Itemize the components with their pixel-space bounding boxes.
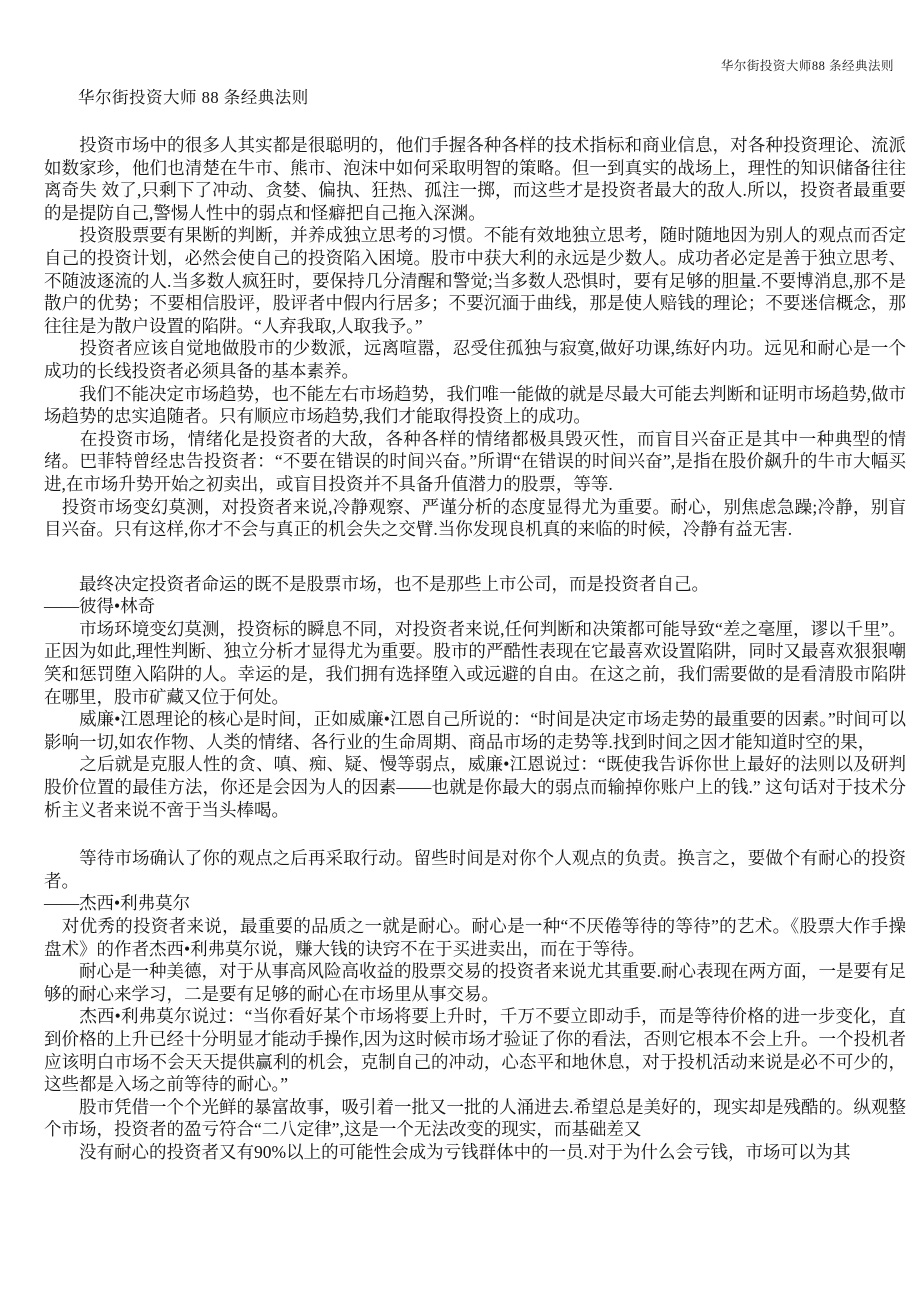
paragraph: 我们不能决定市场趋势，也不能左右市场趋势，我们唯一能做的就是尽最大可能去判断和证… [44, 383, 906, 428]
quote-paragraph: 等待市场确认了你的观点之后再采取行动。留些时间是对你个人观点的负责。换言之，要做… [44, 847, 906, 892]
paragraph: 没有耐心的投资者又有90%以上的可能性会成为亏钱群体中的一员.对于为什么会亏钱，… [44, 1141, 906, 1164]
document-body: 投资市场中的很多人其实都是很聪明的，他们手握各种各样的技术指标和商业信息，对各种… [44, 134, 906, 1164]
paragraph: 市场环境变幻莫测，投资标的瞬息不同，对投资者来说,任何判断和决策都可能导致“差之… [44, 618, 906, 708]
paragraph: 在投资市场，情绪化是投资者的大敌，各种各样的情绪都极具毁灭性，而盲目兴奋正是其中… [44, 428, 906, 496]
paragraph: 杰西•利弗莫尔说过：“当你看好某个市场将要上升时，千万不要立即动手，而是等待价格… [44, 1005, 906, 1095]
paragraph: 投资股票要有果断的判断，并养成独立思考的习惯。不能有效地独立思考，随时随地因为别… [44, 224, 906, 337]
document-page: 华尔街投资大师88 条经典法则 华尔街投资大师 88 条经典法则 投资市场中的很… [0, 0, 920, 1302]
paragraph: 投资者应该自觉地做股市的少数派，远离喧嚣，忍受住孤独与寂寞,做好功课,练好内功。… [44, 337, 906, 382]
author-attribution: ——彼得•林奇 [44, 595, 906, 618]
author-attribution: ——杰西•利弗莫尔 [44, 892, 906, 915]
paragraph: 投资市场变幻莫测，对投资者来说,冷静观察、严谨分析的态度显得尤为重要。耐心，别焦… [44, 496, 906, 541]
running-header: 华尔街投资大师88 条经典法则 [721, 56, 894, 74]
paragraph: 投资市场中的很多人其实都是很聪明的，他们手握各种各样的技术指标和商业信息，对各种… [44, 134, 906, 224]
paragraph: 对优秀的投资者来说，最重要的品质之一就是耐心。耐心是一种“不厌倦等待的等待”的艺… [44, 915, 906, 960]
page-title: 华尔街投资大师 88 条经典法则 [78, 84, 309, 108]
paragraph: 耐心是一种美德，对于从事高风险高收益的股票交易的投资者来说尤其重要.耐心表现在两… [44, 960, 906, 1005]
paragraph: 之后就是克服人性的贪、嗔、痴、疑、慢等弱点，威廉•江恩说过：“既使我告诉你世上最… [44, 753, 906, 821]
paragraph: 威廉•江恩理论的核心是时间，正如威廉•江恩自己所说的：“时间是决定市场走势的最重… [44, 708, 906, 753]
quote-paragraph: 最终决定投资者命运的既不是股票市场，也不是那些上市公司，而是投资者自己。 [44, 573, 906, 596]
paragraph: 股市凭借一个个光鲜的暴富故事，吸引着一批又一批的人涌进去.希望总是美好的，现实却… [44, 1096, 906, 1141]
